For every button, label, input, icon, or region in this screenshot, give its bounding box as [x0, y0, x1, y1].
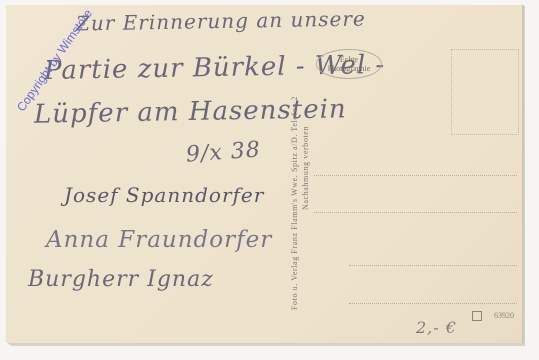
photo-stamp-oval: Echte Photographie	[316, 49, 382, 79]
catalog-code: 63920	[472, 311, 514, 321]
price-note: 2,- €	[416, 318, 457, 337]
publisher-text: Foto u. Verlag Franz Flamm's Wwe. Spitz …	[290, 45, 299, 310]
stamp-box	[451, 49, 519, 135]
handwritten-line-1: Zur Erinnerung an unsere	[76, 6, 366, 35]
address-line	[314, 212, 517, 213]
address-line	[349, 265, 517, 266]
postcard-back: Zur Erinnerung an unsere Partie zur Bürk…	[6, 5, 524, 345]
address-line	[314, 175, 517, 176]
copy-notice: Nachahmung verboten	[301, 45, 310, 210]
catalog-number: 63920	[494, 311, 514, 320]
handwritten-date: 9/x 38	[185, 137, 261, 167]
signature-2: Anna Fraundorfer	[46, 227, 272, 253]
signature-3: Burgherr Ignaz	[28, 267, 214, 292]
oval-line-2: Photographie	[317, 64, 381, 73]
signature-1: Josef Spanndorfer	[64, 183, 264, 207]
oval-line-1: Echte	[317, 55, 381, 64]
address-line	[349, 303, 517, 304]
handwritten-line-3: Lüpfer am Hasenstein	[34, 94, 347, 129]
publisher-logo-icon	[472, 311, 482, 321]
